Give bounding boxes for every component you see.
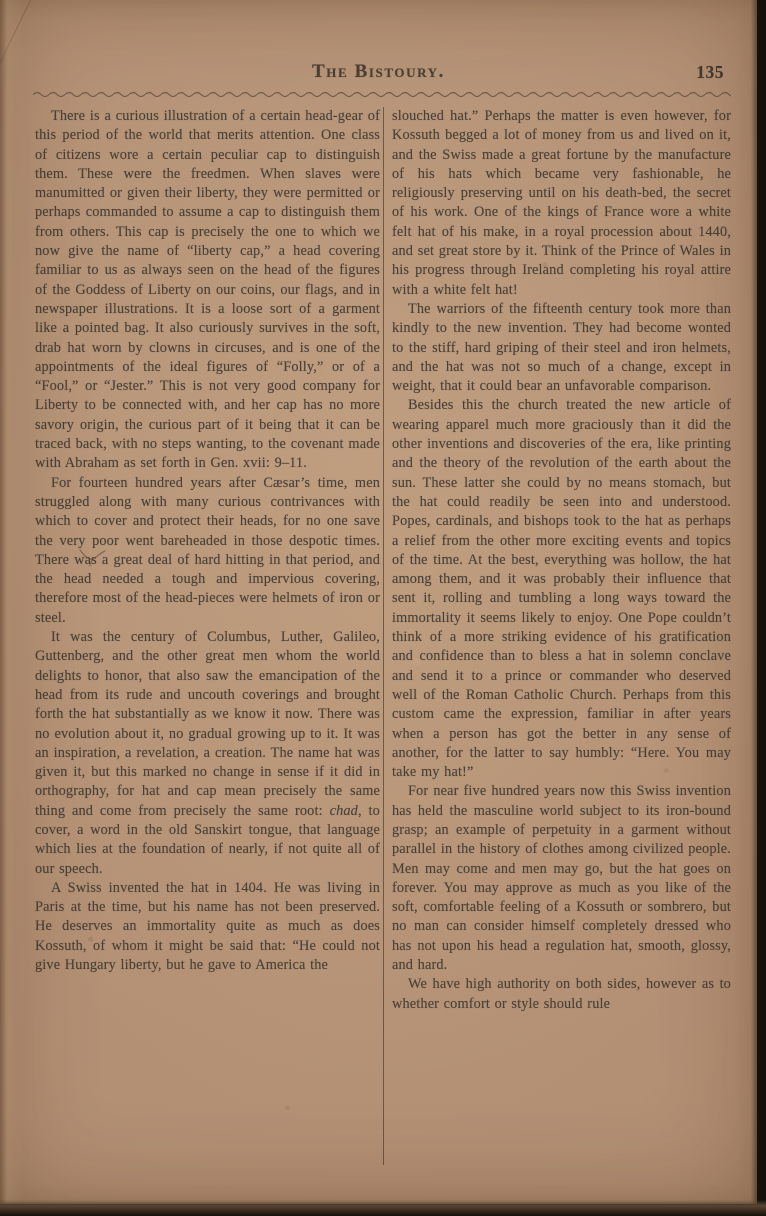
scanned-book-photo: { "header": { "title": "The Bistoury.", … bbox=[0, 0, 766, 1216]
left-paragraph-1: There is a curious illustration of a cer… bbox=[35, 107, 380, 474]
italic-word-chad: chad bbox=[330, 803, 358, 819]
left-paragraph-3: It was the century of Columbus, Luther, … bbox=[35, 628, 380, 879]
page-title: The Bistoury. bbox=[0, 61, 757, 83]
wavy-rule bbox=[33, 89, 731, 98]
left-paragraph-4: A Swiss invented the hat in 1404. He was… bbox=[35, 879, 380, 975]
left-paragraph-3-text: It was the century of Columbus, Luther, … bbox=[35, 629, 380, 819]
page-number: 135 bbox=[696, 62, 724, 83]
right-paragraph-3: Besides this the church treated the new … bbox=[392, 396, 731, 782]
corner-crease bbox=[0, 0, 33, 62]
stray-pen-mark bbox=[78, 546, 108, 568]
right-paragraph-5: We have high authority on both sides, ho… bbox=[392, 975, 731, 1014]
right-paragraph-4: For near five hundred years now this Swi… bbox=[392, 782, 731, 975]
book-page: The Bistoury. 135 There is a curious ill… bbox=[0, 0, 757, 1204]
right-column: slouched hat.” Perhaps the matter is eve… bbox=[384, 107, 731, 1165]
right-paragraph-2: The warriors of the fifteenth century to… bbox=[392, 300, 731, 396]
left-column: There is a curious illustration of a cer… bbox=[35, 107, 380, 1165]
right-paragraph-1: slouched hat.” Perhaps the matter is eve… bbox=[392, 107, 731, 300]
text-columns: There is a curious illustration of a cer… bbox=[35, 107, 731, 1165]
page-edge-left bbox=[0, 0, 22, 1204]
